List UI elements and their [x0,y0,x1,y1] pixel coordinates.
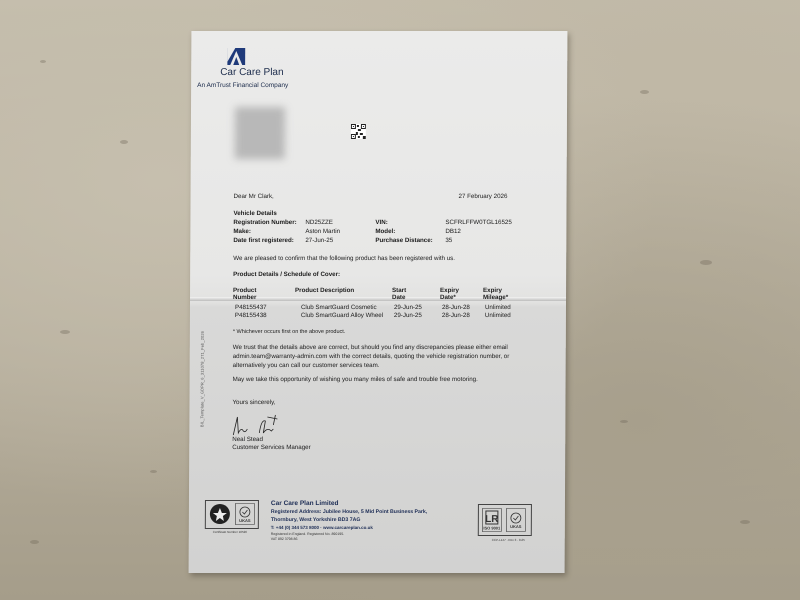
signature-icon [229,413,289,438]
signatory-title: Customer Services Manager [232,444,310,451]
paragraph-line: admin.team@warranty-admin.com with the c… [233,353,510,360]
svg-text:UKAS: UKAS [510,524,522,529]
ukas-icon: UKAS [235,503,255,525]
background-speck [740,520,750,524]
closing: Yours sincerely, [232,399,275,406]
table-cell: P48155437 [235,304,267,311]
document-reference: BIL_Template_V_GDPR_6_311078_271_Feb_202… [199,331,205,427]
background-speck [640,90,649,94]
vehicle-details-heading: Vehicle Details [233,210,276,217]
vin-value: SCFRLFFW0TGL16525 [445,219,511,226]
table-header: Number [233,294,256,301]
letter-date: 27 February 2026 [459,193,508,200]
footer-address-line2: Thornbury, West Yorkshire BD3 7AG [271,517,361,523]
table-header: Start [392,287,406,294]
company-tagline: An AmTrust Financial Company [197,82,288,89]
footer-registration: Registered in England. Registered No. 89… [271,532,344,536]
signatory-name: Neal Stead [232,436,263,443]
closing-paragraph: May we take this opportunity of wishing … [233,376,478,383]
svg-text:ISO 9001: ISO 9001 [483,526,501,531]
table-cell: Unlimited [485,304,511,311]
table-cell: 29-Jun-25 [394,312,422,319]
paragraph-line: We trust that the details above are corr… [233,344,508,351]
footer-vat: VAT 892 3798 86 [271,537,298,541]
table-header: Expiry [440,287,459,294]
make-label: Make: [233,228,251,235]
certification-badges-left: UKAS [205,500,259,529]
background-speck [40,60,46,63]
car-care-plan-logo-icon [227,48,245,65]
registration-value: ND25ZZE [305,219,333,226]
registration-label: Registration Number: [233,219,296,226]
footnote: * Whichever occurs first on the above pr… [233,329,346,335]
table-cell: Club SmartGuard Cosmetic [301,304,377,311]
background-speck [60,330,70,334]
redacted-address [235,107,285,159]
table-header: Date [392,294,405,301]
product-details-heading: Product Details / Schedule of Cover: [233,271,340,278]
purchase-distance-value: 35 [445,237,452,244]
table-cell: Unlimited [485,312,511,319]
table-cell: P48155438 [235,312,267,319]
company-name: Car Care Plan [220,67,283,78]
footer-company: Car Care Plan Limited [271,500,339,507]
lloyds-register-icon: LR ISO 9001 [482,508,502,532]
intro-paragraph: We are pleased to confirm that the follo… [233,255,455,262]
model-label: Model: [375,228,395,235]
letter-document: Car Care Plan An AmTrust Financial Compa… [189,31,568,573]
vin-label: VIN: [375,219,387,226]
footer-contact: T: +44 (0) 344 573 8000 · www.carcarepla… [271,525,373,530]
quality-cert-icon [209,503,231,525]
table-cell: 28-Jun-28 [442,304,470,311]
form-reference: CCP-L147 · Rev 3 · 0.25 [492,538,525,542]
first-registered-value: 27-Jun-25 [305,237,333,244]
background-speck [620,420,628,423]
svg-text:UKAS: UKAS [239,518,251,523]
table-header: Product [233,287,256,294]
certification-badges-right: LR ISO 9001 UKAS [478,504,532,536]
background-speck [700,260,712,265]
table-header: Product Description [295,287,354,294]
table-cell: 28-Jun-28 [442,312,470,319]
purchase-distance-label: Purchase Distance: [375,237,432,244]
table-header: Expiry [483,287,502,294]
certificate-number: Certificate Number 10526 [213,530,247,534]
paragraph-line: alternatively you can call our customer … [233,362,380,369]
qr-code-icon [351,124,366,139]
table-header: Mileage* [483,294,508,301]
background-speck [120,140,128,144]
footer-address-line1: Registered Address: Jubilee House, 5 Mid… [271,509,427,515]
background-speck [30,540,39,544]
make-value: Aston Martin [305,228,340,235]
table-cell: Club SmartGuard Alloy Wheel [301,312,383,319]
svg-text:LR: LR [485,514,499,525]
model-value: DB12 [445,228,461,235]
background-speck [150,470,157,473]
first-registered-label: Date first registered: [233,237,294,244]
table-header: Date* [440,294,456,301]
table-cell: 29-Jun-25 [394,304,422,311]
salutation: Dear Mr Clark, [234,193,274,200]
ukas-icon: UKAS [506,508,526,532]
